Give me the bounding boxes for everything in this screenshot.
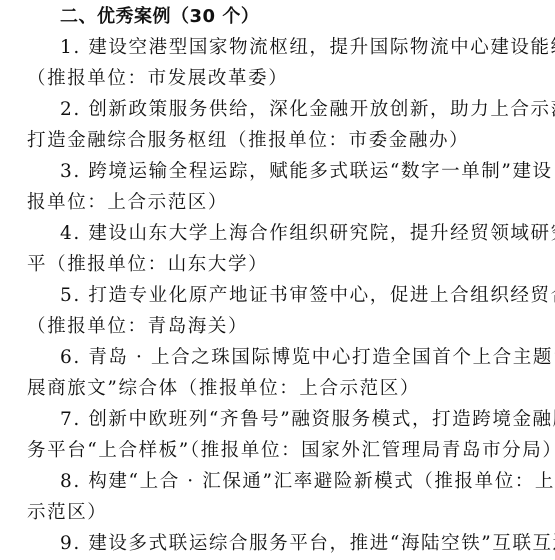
case-7-line-2: 务平台“上合样板”（推报单位：国家外汇管理局青岛市分局） <box>27 440 555 462</box>
case-6-line-1: 6. 青岛 · 上合之珠国际博览中心打造全国首个上合主题“会 <box>60 347 555 369</box>
case-9-line-1: 9. 建设多式联运综合服务平台，推进“海陆空铁”互联互通 <box>60 533 555 555</box>
case-6-line-2: 展商旅文”综合体（推报单位：上合示范区） <box>27 378 420 400</box>
case-5-line-2: （推报单位：青岛海关） <box>27 316 248 338</box>
case-4-line-1: 4. 建设山东大学上海合作组织研究院，提升经贸领域研究水 <box>60 223 555 245</box>
case-1-line-2: （推报单位：市发展改革委） <box>27 68 288 90</box>
case-3-line-1: 3. 跨境运输全程运踪，赋能多式联运“数字一单制”建设（推 <box>60 161 555 183</box>
section-heading: 二、优秀案例（30 个） <box>60 6 259 28</box>
case-3-line-2: 报单位：上合示范区） <box>27 192 228 214</box>
case-1-line-1: 1. 建设空港型国家物流枢纽，提升国际物流中心建设能级 <box>60 37 555 59</box>
case-4-line-2: 平（推报单位：山东大学） <box>27 254 268 276</box>
case-2-line-2: 打造金融综合服务枢纽（推报单位：市委金融办） <box>27 130 469 152</box>
case-7-line-1: 7. 创新中欧班列“齐鲁号”融资服务模式，打造跨境金融服 <box>60 409 555 431</box>
case-8-line-1: 8. 构建“上合 · 汇保通”汇率避险新模式（推报单位：上合 <box>60 471 555 493</box>
case-2-line-1: 2. 创新政策服务供给，深化金融开放创新，助力上合示范区 <box>60 99 555 121</box>
case-5-line-1: 5. 打造专业化原产地证书审签中心，促进上合组织经贸合作 <box>60 285 555 307</box>
case-8-line-2: 示范区） <box>27 502 107 524</box>
